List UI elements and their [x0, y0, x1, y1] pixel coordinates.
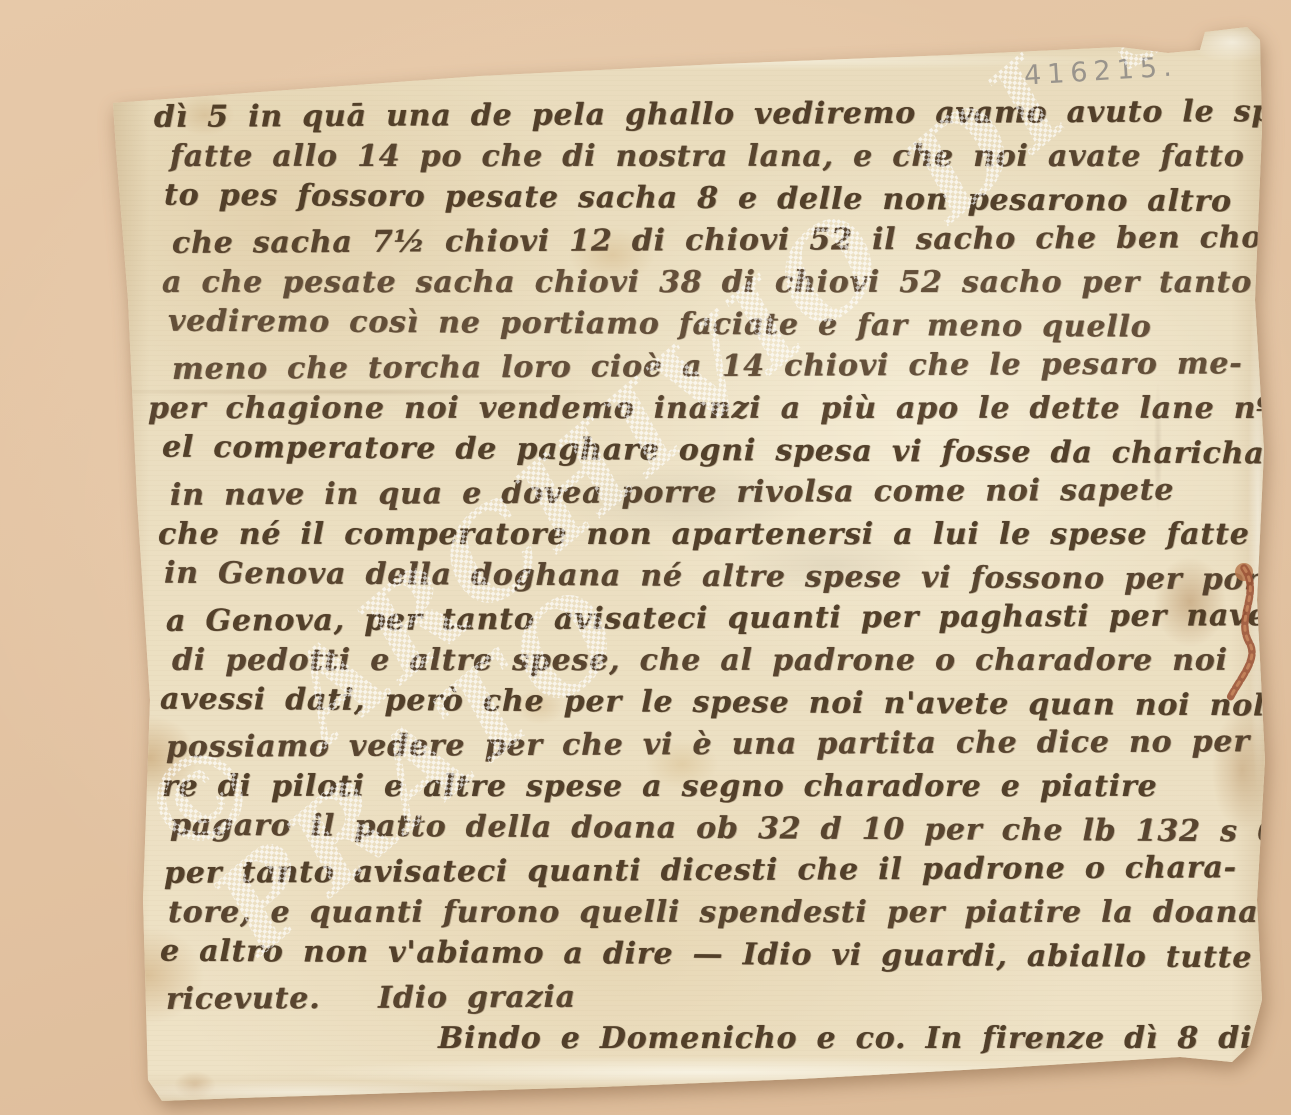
- seal-thread-icon: [1206, 560, 1276, 710]
- manuscript-line: che né il comperatore non apartenersi a …: [158, 514, 1260, 556]
- manuscript-line: per chagione noi vendemo inanzi a più ap…: [148, 388, 1260, 430]
- manuscript-paper: 416215. dì 5 in quā una de pela ghallo v…: [0, 0, 1291, 1115]
- manuscript-line: in nave in qua e dovea porre rivolsa com…: [170, 469, 1260, 517]
- letter-body: dì 5 in quā una de pela ghallo vediremo …: [148, 94, 1260, 1102]
- manuscript-line: per tanto avisateci quanti dicesti che i…: [164, 847, 1260, 895]
- manuscript-line: re di piloti e altre spese a segno chara…: [162, 766, 1260, 808]
- manuscript-line: el comperatore de paghare ogni spesa vi …: [162, 427, 1260, 476]
- manuscript-line: e altro non v'abiamo a dire — Idio vi gu…: [160, 931, 1260, 980]
- manuscript-line: ricevute. Idio grazia: [166, 973, 1260, 1021]
- manuscript-line: a che pesate sacha chiovi 38 di chiovi 5…: [162, 262, 1260, 304]
- manuscript-line: a Genova, per tanto avisateci quanti per…: [166, 595, 1260, 643]
- manuscript-line: vediremo così ne portiamo faciate e far …: [168, 301, 1260, 350]
- date-year: 1393: [1152, 1060, 1260, 1103]
- manuscript-line: di pedotti e altre spese, che al padrone…: [172, 640, 1260, 682]
- manuscript-line: pagaro il patto della doana ob 32 d 10 p…: [170, 805, 1260, 854]
- signature-line: Bindo e Domenicho e co. In firenze dì 8 …: [438, 1018, 1260, 1060]
- scan-background: 416215. dì 5 in quā una de pela ghallo v…: [0, 0, 1291, 1115]
- manuscript-line: fatte allo 14 po che di nostra lana, e c…: [170, 136, 1260, 178]
- manuscript-line: dì 5 in quā una de pela ghallo vediremo …: [154, 91, 1260, 139]
- manuscript-line: avessi dati, però che per le spese noi n…: [160, 679, 1260, 728]
- manuscript-line: to pes fossoro pesate sacha 8 e delle no…: [164, 175, 1260, 224]
- manuscript-line: possiamo vedere per che vi è una partita…: [166, 721, 1260, 769]
- manuscript-line: meno che torcha loro cioè a 14 chiovi ch…: [172, 343, 1260, 391]
- paper-shadow: 416215. dì 5 in quā una de pela ghallo v…: [0, 0, 1291, 1115]
- manuscript-line: che sacha 7½ chiovi 12 di chiovi 52 il s…: [172, 217, 1260, 265]
- manuscript-line: tore, e quanti furono quelli spendesti p…: [168, 892, 1260, 934]
- manuscript-line: in Genova della doghana né altre spese v…: [164, 553, 1260, 602]
